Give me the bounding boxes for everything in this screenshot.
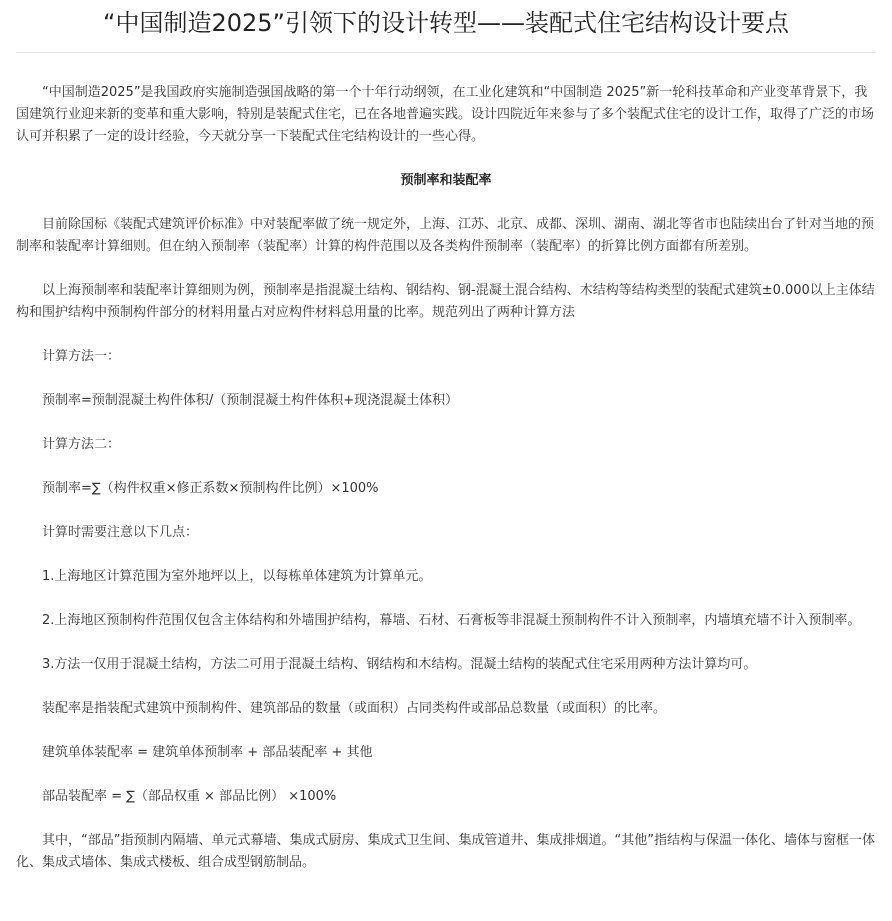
method-two-label: 计算方法二： — [16, 434, 876, 456]
notes-intro: 计算时需要注意以下几点： — [16, 522, 876, 544]
note-item-1: 1.上海地区计算范围为室外地坪以上，以每栋单体建筑为计算单元。 — [16, 566, 876, 588]
section-heading-prefab-rate: 预制率和装配率 — [16, 170, 876, 192]
note-item-2: 2.上海地区预制构件范围仅包含主体结构和外墙围护结构，幕墙、石材、石膏板等非混凝… — [16, 610, 876, 632]
method-two-formula: 预制率=∑（构件权重×修正系数×预制构件比例）×100% — [16, 478, 876, 500]
component-assembly-rate-formula: 部品装配率 = ∑（部品权重 × 部品比例） ×100% — [16, 786, 876, 808]
body-paragraph: 以上海预制率和装配率计算细则为例，预制率是指混凝土结构、钢结构、钢-混凝土混合结… — [16, 280, 876, 324]
method-one-formula: 预制率=预制混凝土构件体积/（预制混凝土构件体积+现浇混凝土体积） — [16, 390, 876, 412]
article-title: “中国制造2025”引领下的设计转型——装配式住宅结构设计要点 — [0, 0, 892, 46]
building-assembly-rate-formula: 建筑单体装配率 = 建筑单体预制率 + 部品装配率 + 其他 — [16, 742, 876, 764]
intro-paragraph: “中国制造2025”是我国政府实施制造强国战略的第一个十年行动纲领，在工业化建筑… — [16, 82, 876, 148]
assembly-rate-definition: 装配率是指装配式建筑中预制构件、建筑部品的数量（或面积）占同类构件或部品总数量（… — [16, 698, 876, 720]
article: “中国制造2025”引领下的设计转型——装配式住宅结构设计要点 “中国制造202… — [0, 0, 892, 874]
article-body: “中国制造2025”是我国政府实施制造强国战略的第一个十年行动纲领，在工业化建筑… — [0, 53, 892, 874]
body-paragraph: 目前除国标《装配式建筑评价标准》中对装配率做了统一规定外，上海、江苏、北京、成都… — [16, 214, 876, 258]
note-item-3: 3.方法一仅用于混凝土结构，方法二可用于混凝土结构、钢结构和木结构。混凝土结构的… — [16, 654, 876, 676]
method-one-label: 计算方法一： — [16, 346, 876, 368]
components-definition: 其中，“部品”指预制内隔墙、单元式幕墙、集成式厨房、集成式卫生间、集成管道井、集… — [16, 830, 876, 874]
